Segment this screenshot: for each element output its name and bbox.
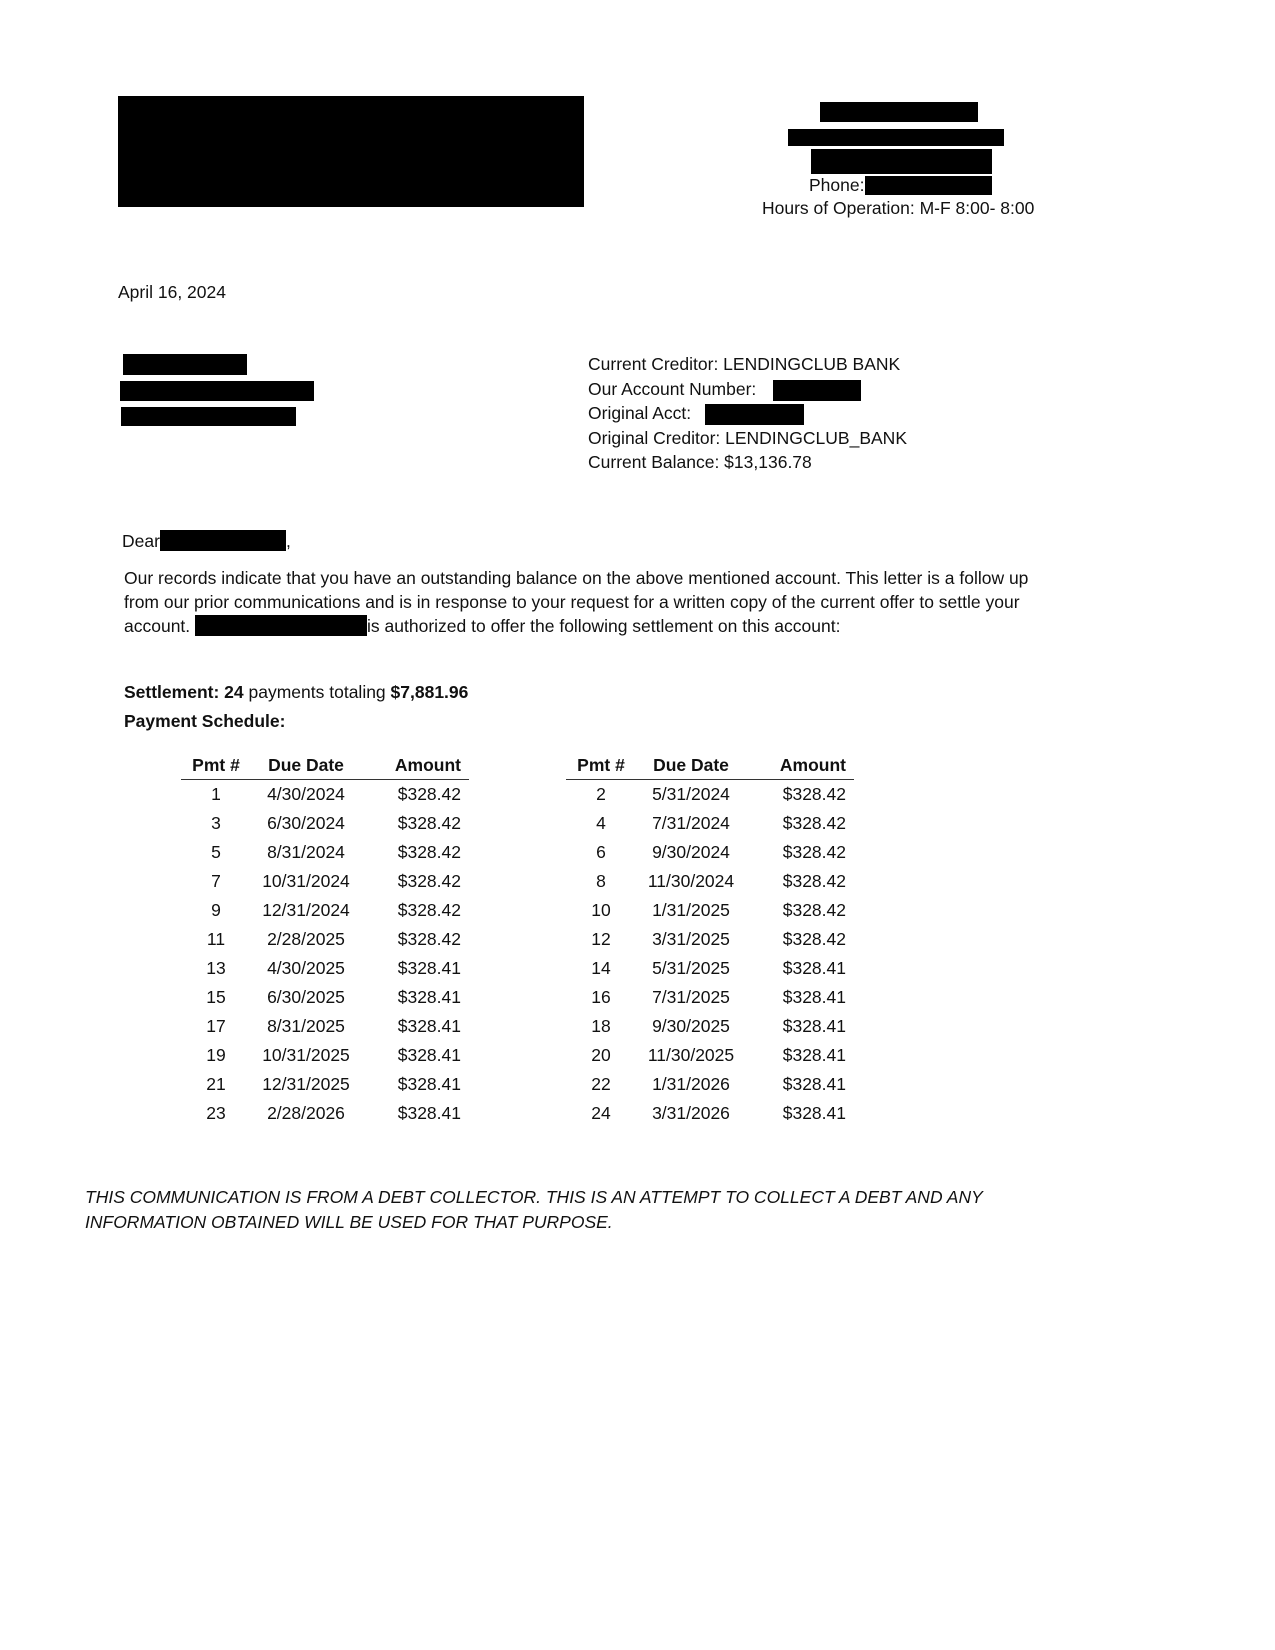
amount-cell: $328.42 xyxy=(746,780,854,810)
table-row: 25/31/2024$328.42 xyxy=(566,780,854,810)
table-row: 221/31/2026$328.41 xyxy=(566,1070,854,1099)
amount-cell: $328.41 xyxy=(361,1099,469,1128)
table-row: 710/31/2024$328.42 xyxy=(181,867,469,896)
payment-number-cell: 8 xyxy=(566,867,636,896)
redacted-original-acct xyxy=(705,404,804,425)
table-row: 36/30/2024$328.42 xyxy=(181,809,469,838)
payment-number-cell: 19 xyxy=(181,1041,251,1070)
redacted-address-line-2 xyxy=(811,149,992,174)
payment-number-cell: 16 xyxy=(566,983,636,1012)
settlement-payment-count: 24 xyxy=(224,682,243,702)
amount-cell: $328.41 xyxy=(361,1070,469,1099)
payment-number-cell: 7 xyxy=(181,867,251,896)
amount-cell: $328.42 xyxy=(361,896,469,925)
amount-cell: $328.41 xyxy=(361,1041,469,1070)
amount-cell: $328.42 xyxy=(746,896,854,925)
due-date-cell: 8/31/2025 xyxy=(251,1012,361,1041)
column-header-pmt: Pmt # xyxy=(566,750,636,780)
letter-date: April 16, 2024 xyxy=(118,281,226,303)
redacted-our-account-number xyxy=(773,380,861,401)
amount-cell: $328.42 xyxy=(361,809,469,838)
table-row: 58/31/2024$328.42 xyxy=(181,838,469,867)
table-row: 134/30/2025$328.41 xyxy=(181,954,469,983)
payment-number-cell: 4 xyxy=(566,809,636,838)
table-row: 1910/31/2025$328.41 xyxy=(181,1041,469,1070)
table-row: 232/28/2026$328.41 xyxy=(181,1099,469,1128)
phone-label: Phone: xyxy=(809,174,864,196)
due-date-cell: 1/31/2025 xyxy=(636,896,746,925)
original-acct-label: Original Acct: xyxy=(588,402,691,424)
payment-schedule-label: Payment Schedule: xyxy=(124,710,285,732)
table-row: 101/31/2025$328.42 xyxy=(566,896,854,925)
payment-number-cell: 24 xyxy=(566,1099,636,1128)
payment-number-cell: 23 xyxy=(181,1099,251,1128)
amount-cell: $328.42 xyxy=(746,838,854,867)
salutation: Dear, xyxy=(122,530,291,552)
payment-number-cell: 6 xyxy=(566,838,636,867)
due-date-cell: 4/30/2025 xyxy=(251,954,361,983)
amount-cell: $328.41 xyxy=(746,1070,854,1099)
amount-cell: $328.41 xyxy=(361,1012,469,1041)
redacted-phone-number xyxy=(865,176,992,195)
payment-number-cell: 1 xyxy=(181,780,251,810)
hours-of-operation: Hours of Operation: M-F 8:00- 8:00 xyxy=(762,197,1034,219)
due-date-cell: 2/28/2025 xyxy=(251,925,361,954)
table-row: 912/31/2024$328.42 xyxy=(181,896,469,925)
payment-number-cell: 12 xyxy=(566,925,636,954)
body-paragraph: Our records indicate that you have an ou… xyxy=(124,566,1054,638)
column-header-amount: Amount xyxy=(746,750,854,780)
table-row: 167/31/2025$328.41 xyxy=(566,983,854,1012)
redacted-address-line-1 xyxy=(788,129,1004,146)
redacted-company-in-body xyxy=(195,615,367,636)
amount-cell: $328.41 xyxy=(746,983,854,1012)
salutation-text: Dear xyxy=(122,531,160,551)
payment-number-cell: 5 xyxy=(181,838,251,867)
body-text-part-2: is authorized to offer the following set… xyxy=(367,616,840,636)
column-header-pmt: Pmt # xyxy=(181,750,251,780)
payment-number-cell: 14 xyxy=(566,954,636,983)
due-date-cell: 12/31/2025 xyxy=(251,1070,361,1099)
due-date-cell: 10/31/2024 xyxy=(251,867,361,896)
redacted-recipient-street xyxy=(120,381,314,401)
payment-number-cell: 13 xyxy=(181,954,251,983)
due-date-cell: 2/28/2026 xyxy=(251,1099,361,1128)
payment-number-cell: 2 xyxy=(566,780,636,810)
current-balance: Current Balance: $13,136.78 xyxy=(588,451,812,473)
settlement-total: $7,881.96 xyxy=(391,682,469,702)
payment-number-cell: 22 xyxy=(566,1070,636,1099)
table-row: 123/31/2025$328.42 xyxy=(566,925,854,954)
current-creditor: Current Creditor: LENDINGCLUB BANK xyxy=(588,353,900,375)
due-date-cell: 7/31/2024 xyxy=(636,809,746,838)
payment-number-cell: 17 xyxy=(181,1012,251,1041)
amount-cell: $328.42 xyxy=(361,867,469,896)
table-row: 178/31/2025$328.41 xyxy=(181,1012,469,1041)
salutation-comma: , xyxy=(286,531,291,551)
table-row: 2011/30/2025$328.41 xyxy=(566,1041,854,1070)
due-date-cell: 8/31/2024 xyxy=(251,838,361,867)
due-date-cell: 6/30/2024 xyxy=(251,809,361,838)
payment-number-cell: 9 xyxy=(181,896,251,925)
due-date-cell: 6/30/2025 xyxy=(251,983,361,1012)
due-date-cell: 3/31/2026 xyxy=(636,1099,746,1128)
due-date-cell: 5/31/2024 xyxy=(636,780,746,810)
due-date-cell: 11/30/2025 xyxy=(636,1041,746,1070)
table-row: 47/31/2024$328.42 xyxy=(566,809,854,838)
table-row: 811/30/2024$328.42 xyxy=(566,867,854,896)
due-date-cell: 9/30/2025 xyxy=(636,1012,746,1041)
amount-cell: $328.41 xyxy=(746,1012,854,1041)
table-row: 189/30/2025$328.41 xyxy=(566,1012,854,1041)
table-row: 145/31/2025$328.41 xyxy=(566,954,854,983)
amount-cell: $328.42 xyxy=(361,780,469,810)
payment-number-cell: 15 xyxy=(181,983,251,1012)
settlement-label: Settlement: xyxy=(124,682,219,702)
table-row: 69/30/2024$328.42 xyxy=(566,838,854,867)
our-account-number-label: Our Account Number: xyxy=(588,378,756,400)
amount-cell: $328.41 xyxy=(746,954,854,983)
payment-number-cell: 20 xyxy=(566,1041,636,1070)
due-date-cell: 3/31/2025 xyxy=(636,925,746,954)
due-date-cell: 10/31/2025 xyxy=(251,1041,361,1070)
payment-number-cell: 10 xyxy=(566,896,636,925)
amount-cell: $328.41 xyxy=(361,983,469,1012)
table-row: 2112/31/2025$328.41 xyxy=(181,1070,469,1099)
debt-collector-disclaimer: THIS COMMUNICATION IS FROM A DEBT COLLEC… xyxy=(85,1185,1105,1235)
payment-number-cell: 18 xyxy=(566,1012,636,1041)
amount-cell: $328.42 xyxy=(746,867,854,896)
redacted-recipient-name xyxy=(123,354,247,375)
payment-number-cell: 3 xyxy=(181,809,251,838)
table-row: 243/31/2026$328.41 xyxy=(566,1099,854,1128)
due-date-cell: 7/31/2025 xyxy=(636,983,746,1012)
due-date-cell: 12/31/2024 xyxy=(251,896,361,925)
due-date-cell: 4/30/2024 xyxy=(251,780,361,810)
redacted-recipient-salutation-name xyxy=(160,530,286,551)
table-row: 156/30/2025$328.41 xyxy=(181,983,469,1012)
redacted-letterhead-logo xyxy=(118,96,584,207)
original-creditor: Original Creditor: LENDINGCLUB_BANK xyxy=(588,427,907,449)
settlement-middle-text: payments totaling xyxy=(244,682,391,702)
amount-cell: $328.42 xyxy=(361,925,469,954)
table-row: 14/30/2024$328.42 xyxy=(181,780,469,810)
column-header-due-date: Due Date xyxy=(251,750,361,780)
amount-cell: $328.42 xyxy=(361,838,469,867)
amount-cell: $328.41 xyxy=(746,1099,854,1128)
amount-cell: $328.41 xyxy=(361,954,469,983)
due-date-cell: 9/30/2024 xyxy=(636,838,746,867)
amount-cell: $328.42 xyxy=(746,809,854,838)
payment-schedule-table-right: Pmt # Due Date Amount 25/31/2024$328.424… xyxy=(566,750,854,1128)
due-date-cell: 1/31/2026 xyxy=(636,1070,746,1099)
table-header-row: Pmt # Due Date Amount xyxy=(181,750,469,780)
table-row: 112/28/2025$328.42 xyxy=(181,925,469,954)
due-date-cell: 11/30/2024 xyxy=(636,867,746,896)
column-header-amount: Amount xyxy=(361,750,469,780)
due-date-cell: 5/31/2025 xyxy=(636,954,746,983)
settlement-summary: Settlement: 24 payments totaling $7,881.… xyxy=(124,681,468,703)
payment-number-cell: 11 xyxy=(181,925,251,954)
payment-number-cell: 21 xyxy=(181,1070,251,1099)
amount-cell: $328.42 xyxy=(746,925,854,954)
table-header-row: Pmt # Due Date Amount xyxy=(566,750,854,780)
amount-cell: $328.41 xyxy=(746,1041,854,1070)
payment-schedule-table-left: Pmt # Due Date Amount 14/30/2024$328.423… xyxy=(181,750,469,1128)
column-header-due-date: Due Date xyxy=(636,750,746,780)
redacted-company-name xyxy=(820,102,978,122)
redacted-recipient-city xyxy=(121,407,296,426)
